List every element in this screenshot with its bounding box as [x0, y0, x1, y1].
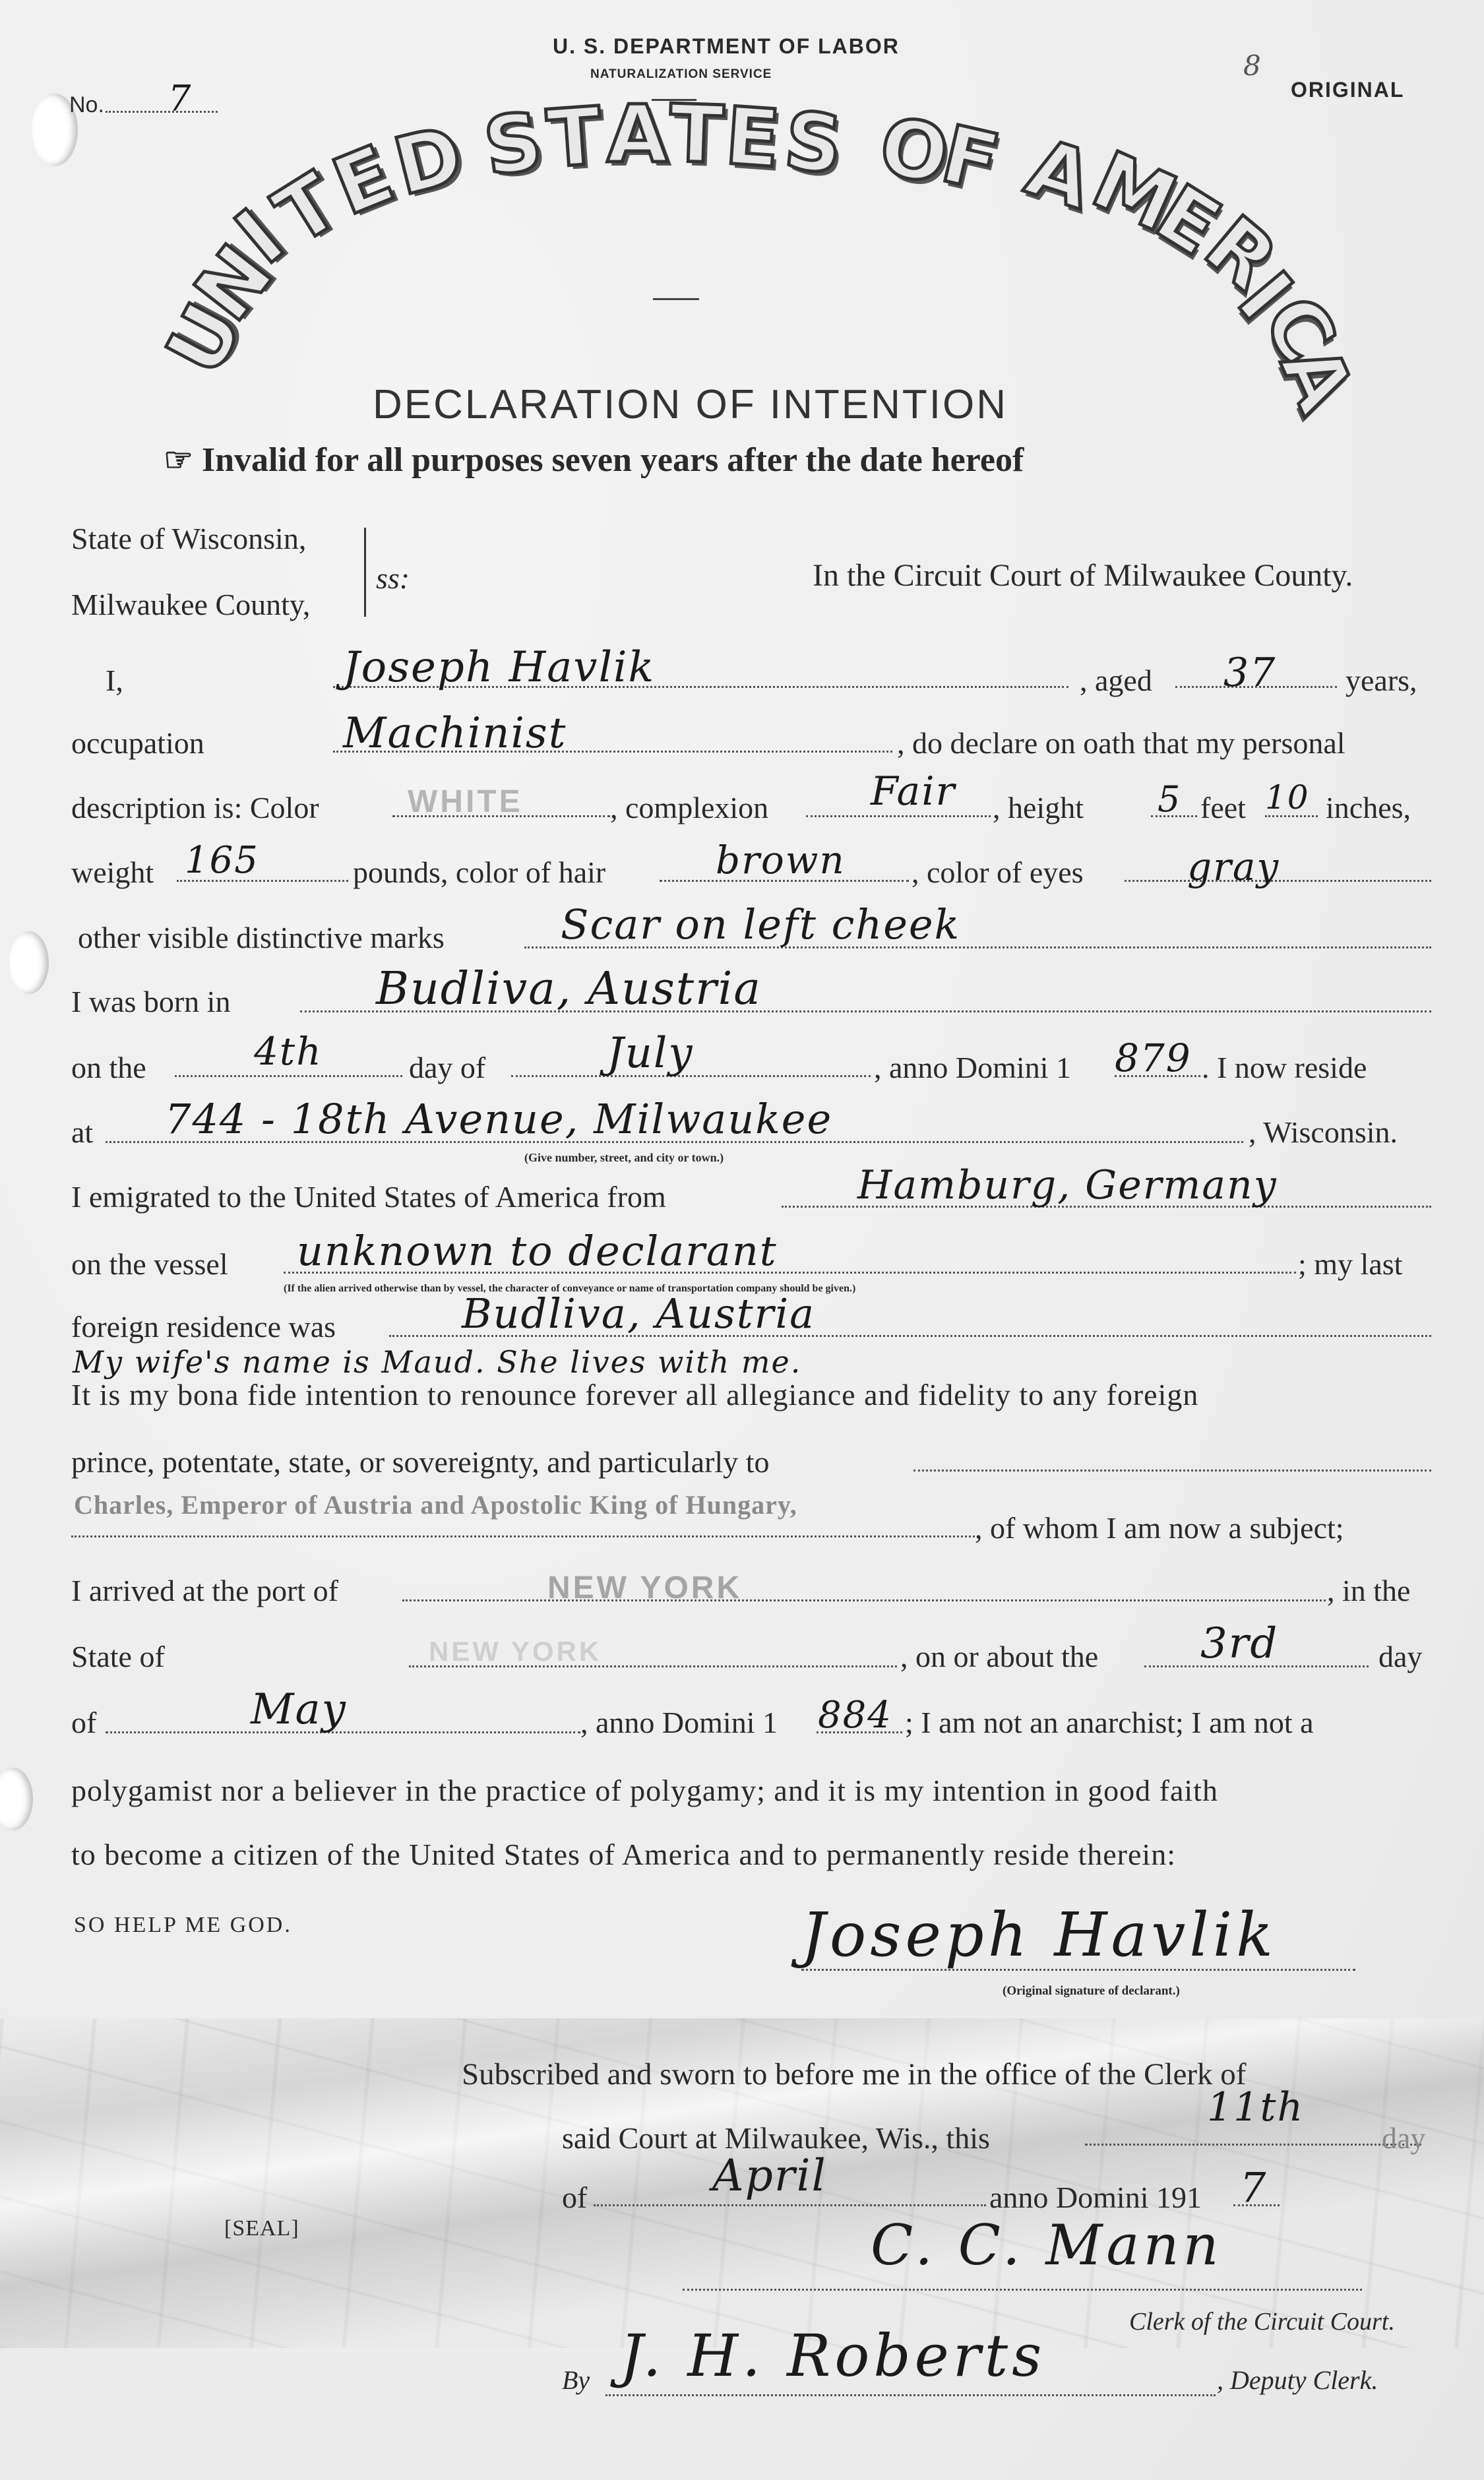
i-label: I, [106, 663, 123, 698]
deputy-signature[interactable]: J. H. Roberts [620, 2322, 1045, 2390]
port-label: I arrived at the port of [71, 1573, 338, 1608]
jurat-day-label: day [1382, 2121, 1425, 2155]
hair-color-field[interactable]: brown [716, 838, 846, 883]
arrival-port-field[interactable]: NEW YORK [547, 1570, 742, 1606]
my-last-label: ; my last [1298, 1247, 1402, 1282]
venue-ss: ss: [376, 561, 410, 596]
aged-label: , aged [1080, 663, 1152, 698]
port-line [402, 1599, 1326, 1601]
department-heading: U. S. DEPARTMENT OF LABOR [553, 34, 900, 59]
declarant-signature-label: (Original signature of declarant.) [1003, 1984, 1180, 1999]
birth-day-field[interactable]: 4th [254, 1029, 323, 1074]
sovereign-field[interactable]: Charles, Emperor of Austria and Apostoli… [74, 1489, 797, 1520]
distinctive-marks-field[interactable]: Scar on left cheek [561, 900, 960, 948]
complexion-line [806, 815, 991, 817]
pointing-hand-icon: ☞ [164, 441, 193, 478]
occupation-label: occupation [71, 726, 204, 760]
pounds-label: pounds, color of hair [353, 855, 605, 890]
in-the-label: , in the [1327, 1573, 1410, 1608]
weight-field[interactable]: 165 [185, 839, 259, 882]
declarant-name-field[interactable]: Joseph Havlik [343, 643, 655, 692]
oath-text: SO HELP ME GOD. [74, 1913, 292, 1938]
height-label: , height [993, 790, 1084, 825]
jurat-anno-label: anno Domini 191 [989, 2180, 1202, 2215]
inches-label: inches, [1326, 790, 1411, 825]
weight-label: weight [71, 855, 154, 890]
arrival-anno-label: , anno Domini 1 [580, 1705, 778, 1740]
birth-anno-label: , anno Domini 1 [874, 1050, 1071, 1085]
description-label: description is: Color [71, 790, 319, 825]
emigrated-label: I emigrated to the United States of Amer… [71, 1179, 666, 1214]
number-value: 7 [168, 78, 192, 119]
marks-label: other visible distinctive marks [78, 920, 445, 955]
renounce-line-2: prince, potentate, state, or sovereignty… [71, 1444, 769, 1479]
arrival-state-field[interactable]: NEW YORK [429, 1636, 602, 1667]
address-note: (Give number, street, and city or town.) [524, 1151, 724, 1165]
venue-bracket [364, 528, 366, 617]
anarchist-text: ; I am not an anarchist; I am not a [905, 1705, 1314, 1740]
foreign-residence-field[interactable]: Budliva, Austria [462, 1289, 815, 1338]
wife-note[interactable]: My wife's name is Maud. She lives with m… [73, 1344, 801, 1380]
of-label: of [71, 1705, 96, 1740]
sworn-day-field[interactable]: 11th [1207, 2084, 1304, 2130]
vessel-label: on the vessel [71, 1247, 228, 1282]
declare-text: , do declare on oath that my personal [897, 726, 1345, 760]
deputy-signature-line [605, 2394, 1216, 2396]
vessel-field[interactable]: unknown to declarant [297, 1227, 778, 1275]
reside-label: . I now reside [1202, 1050, 1367, 1085]
eyes-label: , color of eyes [912, 855, 1084, 890]
arrival-month-field[interactable]: May [251, 1685, 347, 1734]
residence-label: foreign residence was [71, 1309, 336, 1344]
wisconsin-label: , Wisconsin. [1249, 1115, 1398, 1150]
document-title: DECLARATION OF INTENTION [373, 381, 1008, 428]
sovereign-line [71, 1535, 975, 1537]
corner-mark: 8 [1243, 49, 1262, 82]
seal-label: [SEAL] [224, 2216, 299, 2241]
state-of-label: State of [71, 1639, 165, 1674]
on-the-label: on the [71, 1050, 146, 1085]
polygamist-text: polygamist nor a believer in the practic… [71, 1773, 1218, 1808]
complexion-label: , complexion [610, 790, 768, 825]
emigrated-from-field[interactable]: Hamburg, Germany [857, 1162, 1278, 1208]
birthplace-field[interactable]: Budliva, Austria [376, 963, 762, 1015]
complexion-field[interactable]: Fair [871, 768, 956, 815]
venue-county: Milwaukee County, [71, 587, 310, 622]
declarant-signature[interactable]: Joseph Havlik [801, 1900, 1277, 1970]
arrival-year-field[interactable]: 884 [818, 1694, 892, 1737]
warning-text: Invalid for all purposes seven years aft… [202, 441, 1024, 479]
copy-label: ORIGINAL [1291, 78, 1404, 102]
clerk-title: Clerk of the Circuit Court. [1129, 2307, 1395, 2336]
age-field[interactable]: 37 [1223, 650, 1276, 696]
punch-hole-middle [9, 931, 49, 994]
feet-label: feet [1200, 790, 1246, 825]
citizen-text: to become a citizen of the United States… [71, 1837, 1176, 1872]
years-label: years, [1345, 663, 1417, 698]
birth-year-field[interactable]: 879 [1115, 1036, 1192, 1080]
height-feet-field[interactable]: 5 [1158, 778, 1181, 820]
occupation-field[interactable]: Machinist [343, 709, 567, 758]
sworn-month-field[interactable]: April [712, 2150, 827, 2201]
court-name: In the Circuit Court of Milwaukee County… [813, 557, 1353, 594]
on-about-label: , on or about the [900, 1639, 1098, 1674]
clerk-signature[interactable]: C. C. Mann [871, 2213, 1223, 2278]
venue-state: State of Wisconsin, [71, 521, 306, 556]
sworn-year-field[interactable]: 7 [1240, 2163, 1267, 2212]
address-field[interactable]: 744 - 18th Avenue, Milwaukee [165, 1095, 832, 1143]
sovereign-line-top [913, 1470, 1431, 1472]
at-label: at [71, 1115, 93, 1150]
jurat-of-label: of [562, 2180, 587, 2215]
height-inches-field[interactable]: 10 [1265, 778, 1310, 817]
sworn-day-line [1085, 2144, 1421, 2146]
birth-month-field[interactable]: July [607, 1029, 694, 1078]
clerk-signature-line [683, 2289, 1362, 2291]
jurat-line-1: Subscribed and sworn to before me in the… [462, 2057, 1246, 2092]
number-field-line [106, 111, 218, 113]
arrival-day-field[interactable]: 3rd [1200, 1619, 1278, 1668]
eye-color-field[interactable]: gray [1187, 844, 1280, 889]
deputy-title: , Deputy Clerk. [1217, 2365, 1378, 2396]
day-of-label: day of [409, 1050, 485, 1085]
title-rule [653, 298, 699, 300]
renounce-line-1: It is my bona fide intention to renounce… [71, 1377, 1198, 1412]
number-label: No. [69, 92, 104, 118]
warning-line: ☞ Invalid for all purposes seven years a… [164, 441, 1024, 480]
color-field[interactable]: WHITE [408, 784, 523, 820]
born-label: I was born in [71, 984, 230, 1019]
subject-label: , of whom I am now a subject; [975, 1510, 1344, 1545]
sworn-month-line [594, 2204, 986, 2206]
by-label: By [562, 2365, 590, 2396]
service-subheading: NATURALIZATION SERVICE [590, 67, 772, 82]
day-label: day [1378, 1639, 1422, 1674]
birth-day-line [175, 1075, 402, 1077]
